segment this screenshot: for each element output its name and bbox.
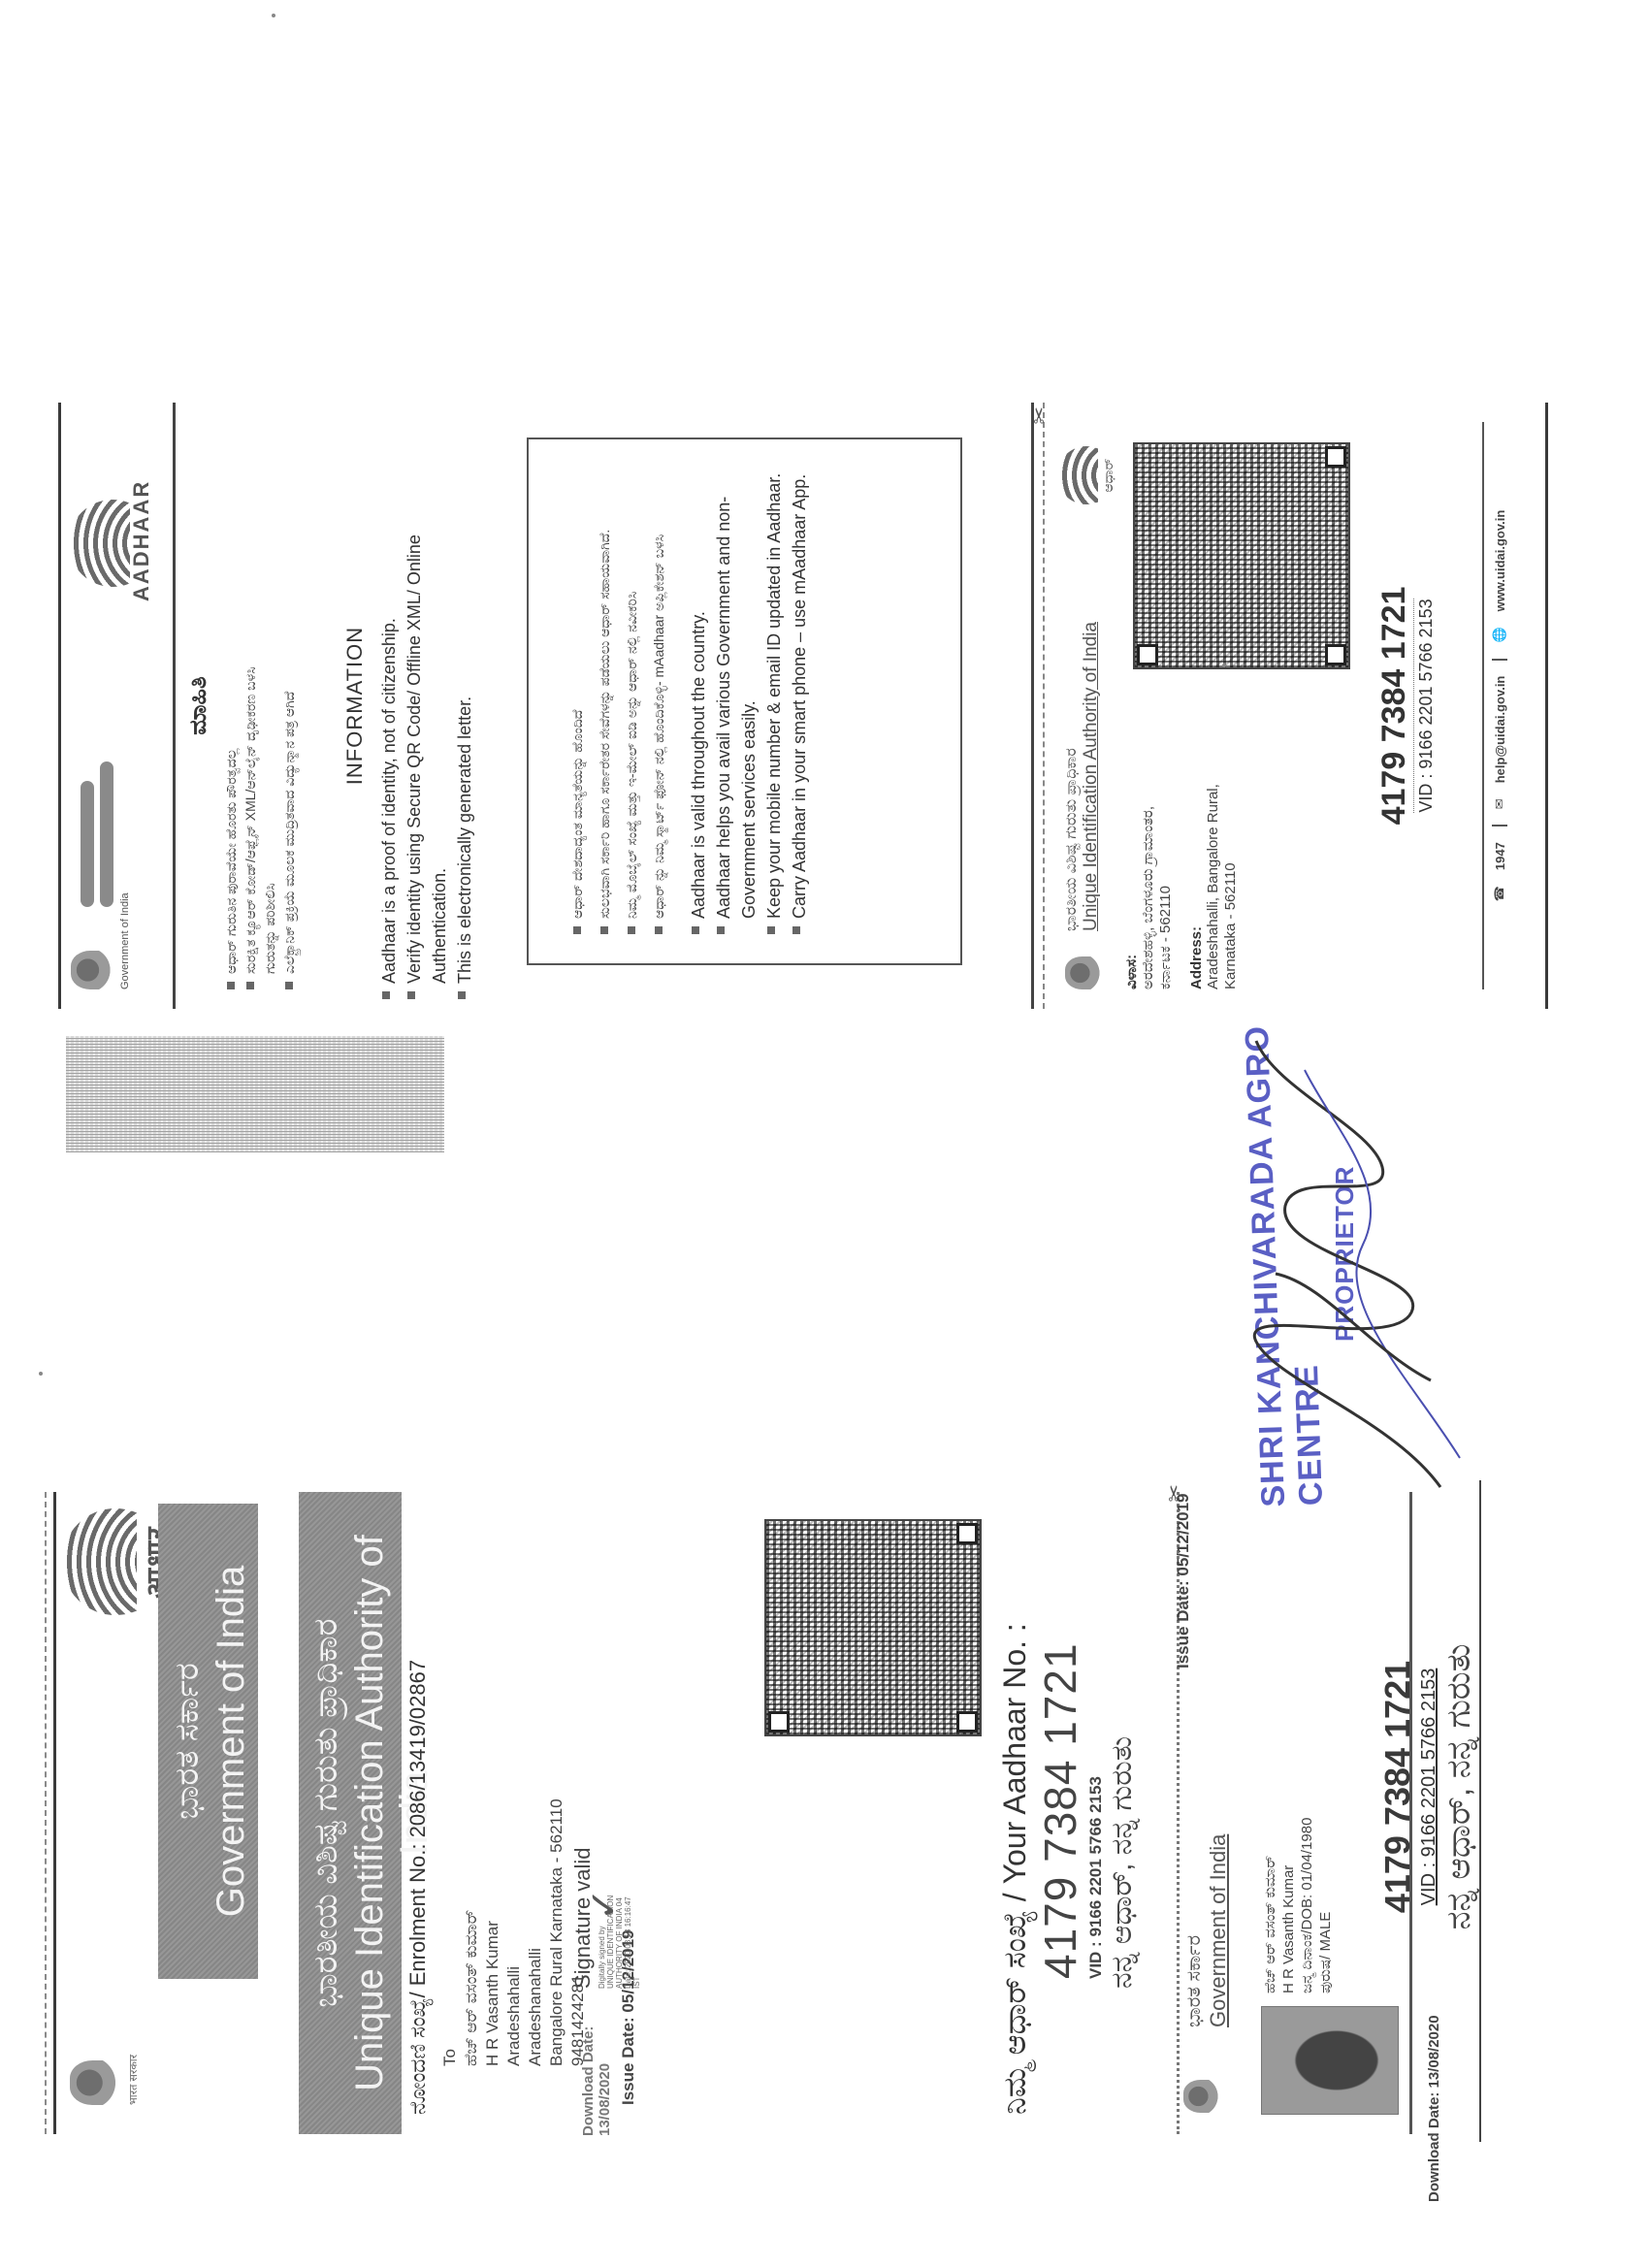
info-heading-english: INFORMATION [342,403,368,1009]
card-back-logo: ಆಧಾರ್ [1057,437,1116,514]
card-back-number-block: 4179 7384 1721 VID : 9166 2201 5766 2153 [1375,412,1437,999]
aadhaar-number-block: ನಿಮ್ಮ ಆಧಾರ್ ಸಂಖ್ಯೆ / Your Aadhaar No. : … [997,1494,1139,2115]
national-emblem-icon [1183,2080,1226,2113]
card-aadhaar-number: 4179 7384 1721 [1377,1476,1418,2097]
proprietor-stamp: SHRI KANCHIVARADA AGRO CENTRE PROPRIETOR [1246,1002,1508,1507]
slogan: ನನ್ನ ಆಧಾರ್, ನನ್ನ ಗುರುತು [1106,1494,1139,2115]
card-issue-date: Issue Date: 05/12/2019 [1174,1493,1193,1669]
card-vid: VID : 9166 2201 5766 2153 [1418,1476,1440,2097]
card-back-aadhaar-number: 4179 7384 1721 [1375,412,1413,999]
mail-icon: ✉ [1492,798,1507,809]
list-item: Aadhaar is a proof of identity, not of c… [376,417,402,999]
national-emblem-icon [70,2060,126,2105]
handwritten-signature [1217,1012,1470,1497]
card-back-vid: VID : 9166 2201 5766 2153 [1413,599,1437,812]
aadhaar-card-front: ಭಾರತ ಸರ್ಕಾರ Government of India Issue Da… [1183,1492,1406,2134]
gov-caption: Government of India [119,892,131,989]
national-emblem-icon [1065,956,1108,989]
scissors-icon: ✂ [1027,406,1052,424]
gov-english: Government of India [209,1504,253,1979]
national-emblem-icon [71,951,119,989]
gov-kannada: ಭಾರತ ಸರ್ಕಾರ [166,1504,209,1979]
cut-line [45,1492,47,2134]
scan-speck [1222,664,1226,667]
card-back-address: ವಿಳಾಸ: ಅರದೇಶಹಳ್ಳಿ, ಬೆಂಗಳೂರು ಗ್ರಾಮಾಂತರ, ಕ… [1123,766,1240,989]
aadhaar-card-back: ಭಾರತೀಯ ವಿಶಿಷ್ಟ ಗುರುತು ಪ್ರಾಧಿಕಾರ Unique I… [1055,412,1536,999]
card-front-number-block: 4179 7384 1721 VID : 9166 2201 5766 2153… [1377,1476,1478,2097]
scanned-document: भारत सरकार आधार ಭಾರತ ಸರ್ಕಾರ Government o… [0,0,1649,2268]
card-cut-line [1043,403,1045,1009]
list-item: ಎಲೆಕ್ಟ್ರಾನಿಕ್ ಪ್ರಕ್ರಿಯೆ ಮೂಲಕ ಮುದ್ರಿತವಾದ … [279,621,299,989]
checkmark-icon: ✓ [582,1888,627,1921]
website: www.uidai.gov.in [1493,510,1507,612]
card-frame-line [1479,1480,1481,2142]
card-emblem [1183,2080,1226,2113]
secure-qr-code [764,1519,982,1736]
scan-speck [39,1372,43,1376]
national-emblem: भारत सरकार [70,2055,141,2105]
uidai-band: ಭಾರತೀಯ ವಿಶಿಷ್ಟ ಗುರುತು ಪ್ರಾಧಿಕಾರ Unique I… [299,1492,402,2134]
redacted-strip [81,781,94,907]
recipient-address: To ಹೆಚ್ ಆರ್ ವಸಂತ್ ಕುಮಾರ್ H R Vasanth Kum… [439,1798,589,2066]
card-back-emblem [1065,956,1108,989]
list-item: ಸುಲಭವಾಗಿ ಸರ್ಕಾರಿ ಹಾಗೂ ಸರ್ಕಾರೇತರ ಸೇವೆಗಳನ್… [595,457,614,934]
list-item: ಸುರಕ್ಷಿತ ಕ್ಯೂಆರ್ ಕೋಡ್/ಆಫ್ಲೈನ್ XML/ಆನ್‌ಲೈ… [241,621,279,989]
card-back-header: ಭಾರತೀಯ ವಿಶಿಷ್ಟ ಗುರುತು ಪ್ರಾಧಿಕಾರ Unique I… [1063,622,1102,931]
list-item: Keep your mobile number & email ID updat… [761,457,787,934]
card-slogan: ನನ್ನ ಆಧಾರ್, ನನ್ನ ಗುರುತು [1440,1476,1478,2097]
aadhaar-info-panel: Government of India AADHAAR ಮಾಹಿತಿ ಆಧಾರ್… [58,403,1548,1009]
government-band: ಭಾರತ ಸರ್ಕಾರ Government of India [158,1504,258,1979]
info-emblem: Government of India [71,892,131,989]
your-aadhaar-label: ನಿಮ್ಮ ಆಧಾರ್ ಸಂಖ್ಯೆ / Your Aadhaar No. : [997,1494,1034,2115]
list-item: Aadhaar helps you avail various Governme… [711,457,761,934]
info-box: ಆಧಾರ್ ದೇಶದಾದ್ಯಂತ ಮಾನ್ಯತೆಯನ್ನು ಹೊಂದಿದೆ ಸು… [527,437,962,965]
globe-icon: 🌐 [1492,627,1507,642]
info-aadhaar-logo: AADHAAR [69,485,154,601]
redacted-strip [100,761,113,907]
info-english-list: Aadhaar is a proof of identity, not of c… [376,417,477,999]
card-back-footer: ☎ 1947 ✉ help@uidai.gov.in 🌐 www.uidai.g… [1482,422,1507,989]
card-gov-header: ಭಾರತ ಸರ್ಕಾರ Government of India [1183,1834,1231,2027]
list-item: ಆಧಾರ್ ದೇಶದಾದ್ಯಂತ ಮಾನ್ಯತೆಯನ್ನು ಹೊಂದಿದೆ [567,457,587,934]
enrolment-number: ನೋಂದಣಿ ಸಂಖ್ಯೆ/ Enrolment No.: 2086/13419… [405,1660,431,2115]
aadhaar-number: 4179 7384 1721 [1034,1494,1086,2115]
list-item: This is electronically generated letter. [452,417,477,999]
scan-artifact-strip [66,1036,444,1152]
info-kannada-list: ಆಧಾರ್ ಗುರುತಿನ ಪುರಾವೆಯೇ ಹೊರತು ಪೌರತ್ವದಲ್ಲ … [221,621,299,989]
card-back-qr-code [1133,442,1350,669]
list-item: Carry Aadhaar in your smart phone – use … [787,457,812,934]
digital-signature: Signature valid ✓ Digitally signed by UN… [570,1833,641,1989]
help-email: help@uidai.gov.in [1493,676,1507,784]
helpline-number: 1947 [1493,842,1507,870]
scan-speck [272,14,275,17]
list-item: ನಿಮ್ಮ ಮೊಬೈಲ್ ಸಂಖ್ಯೆ ಮತ್ತು ಇ-ಮೇಲ್ ಐಡಿ ಅನ್… [622,457,641,934]
phone-icon: ☎ [1492,886,1507,901]
list-item: ಆಧಾರ್ ಗುರುತಿನ ಪುರಾವೆಯೇ ಹೊರತು ಪೌರತ್ವದಲ್ಲ [221,621,241,989]
holder-details: ಹೆಚ್ ಆರ್ ವಸಂತ್ ಕುಮಾರ್ H R Vasanth Kumar … [1261,1818,1335,1993]
list-item: Verify identity using Secure QR Code/ Of… [402,417,452,999]
download-date-text: Download Date: 13/08/2020 [580,1991,613,2136]
info-heading-kannada: ಮಾಹಿತಿ [185,403,212,1009]
uidai-kannada: ಭಾರತೀಯ ವಿಶಿಷ್ಟ ಗುರುತು ಪ್ರಾಧಿಕಾರ [305,1492,347,2134]
list-item: Aadhaar is valid throughout the country. [686,457,711,934]
vid-number: VID : 9166 2201 5766 2153 [1086,1494,1106,2115]
emblem-caption: भारत सरकार [126,2055,141,2105]
list-item: ಆಧಾರ್ ನ್ನು ನಿಮ್ಮ ಸ್ಮಾರ್ಟ್ ಫೋನ್ ನಲ್ಲಿ ಹೊಂ… [649,457,668,934]
